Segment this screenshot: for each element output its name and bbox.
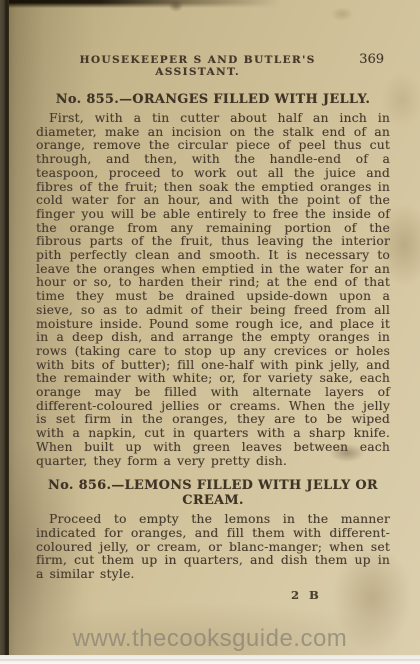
page-content: HOUSEKEEPER S AND BUTLER'S ASSISTANT. 36… — [36, 52, 390, 582]
printer-signature-mark: 2 B — [291, 588, 322, 602]
recipe-856-heading: No. 856.—LEMONS FILLED WITH JELLY OR CRE… — [36, 478, 390, 508]
recipe-855-body: First, with a tin cutter about half an i… — [36, 112, 390, 468]
running-head-title: HOUSEKEEPER S AND BUTLER'S ASSISTANT. — [36, 54, 359, 78]
scanned-book-page: HOUSEKEEPER S AND BUTLER'S ASSISTANT. 36… — [0, 0, 420, 664]
book-spine-edge — [0, 0, 9, 655]
page-top-shadow-edge — [0, 0, 330, 8]
recipe-855-heading: No. 855.—ORANGES FILLED WITH JELLY. — [36, 92, 390, 107]
running-head: HOUSEKEEPER S AND BUTLER'S ASSISTANT. 36… — [36, 52, 390, 78]
scan-bottom-strip — [0, 655, 420, 664]
recipe-856-body: Proceed to empty the lemons in the manne… — [36, 513, 390, 582]
page-number: 369 — [359, 52, 390, 67]
watermark-text: www.thecooksguide.com — [0, 625, 420, 653]
